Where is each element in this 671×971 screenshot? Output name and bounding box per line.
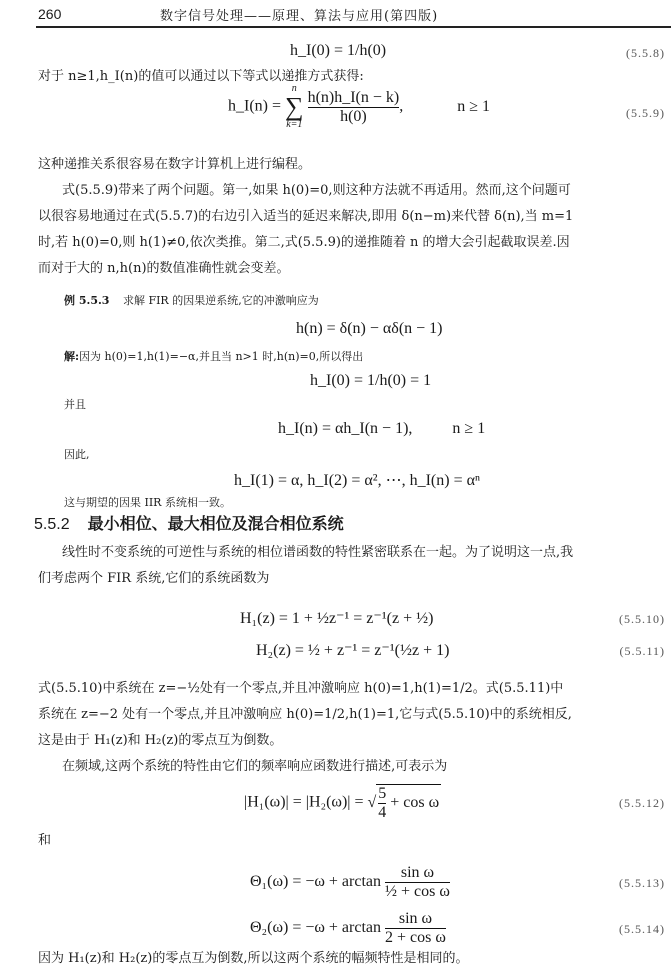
example-label: 例 5.5.3	[64, 294, 109, 307]
paragraph-line: 以很容易地通过在式(5.5.7)的右边引入适当的延迟来解决,即用 δ(n−m)来…	[38, 204, 573, 230]
fraction: h(n)h_I(n − k) h(0)	[308, 89, 400, 125]
paragraph-line: 系统在 z=−2 处有一个零点,并且冲激响应 h(0)=1/2,h(1)=1,它…	[38, 702, 572, 728]
sum-lower: k=1	[285, 120, 304, 130]
recursion: h_I(n) = αh_I(n − 1),	[278, 420, 412, 437]
square-root: √ 5 4 + cos ω	[368, 784, 442, 821]
section-number: 5.5.2	[34, 516, 70, 533]
denominator: 4	[378, 803, 386, 822]
running-title: 数字信号处理——原理、算法与应用(第四版)	[160, 5, 438, 24]
summation: n ∑ k=1	[285, 84, 304, 130]
equation-number: (5.5.13)	[619, 876, 665, 891]
equation-5-5-14: Θ₂(ω) = −ω + arctan sin ω 2 + cos ω	[250, 910, 446, 946]
radicand-rest: + cos ω	[390, 794, 439, 811]
example-equation: h_I(1) = α, h_I(2) = α², ⋯, h_I(n) = αⁿ	[234, 470, 480, 490]
paragraph-line: 式(5.5.9)带来了两个问题。第一,如果 h(0)=0,则这种方法就不再适用。…	[62, 178, 571, 204]
fraction: sin ω 2 + cos ω	[385, 910, 446, 946]
solution-text: 因为 h(0)=1,h(1)=−α,并且当 n>1 时,h(n)=0,所以得出	[79, 350, 363, 363]
example-equation: h_I(0) = 1/h(0) = 1	[310, 372, 431, 390]
numerator: 5	[378, 785, 386, 803]
equation-number: (5.5.12)	[619, 796, 665, 811]
paragraph-line: 这是由于 H₁(z)和 H₂(z)的零点互为倒数。	[38, 728, 282, 754]
equation-number: (5.5.14)	[619, 922, 665, 937]
example-equation: h_I(n) = αh_I(n − 1), n ≥ 1	[278, 420, 485, 438]
denominator: h(0)	[308, 107, 400, 126]
equation-number: (5.5.8)	[626, 46, 665, 61]
equation-5-5-8: h_I(0) = 1/h(0)	[290, 42, 386, 60]
equation-5-5-10: H₁(z) = 1 + ½z⁻¹ = z⁻¹(z + ½)	[240, 608, 433, 628]
text-therefore: 因此,	[64, 446, 90, 462]
eq-lhs: Θ₂(ω) = −ω + arctan	[250, 919, 381, 936]
eq-lhs: Θ₁(ω) = −ω + arctan	[250, 873, 381, 890]
equation-5-5-9: h_I(n) = n ∑ k=1 h(n)h_I(n − k) h(0) , n…	[228, 84, 490, 130]
paragraph: 这种递推关系很容易在数字计算机上进行编程。	[38, 152, 311, 178]
equation-number: (5.5.9)	[626, 106, 665, 121]
text-and: 和	[38, 828, 51, 854]
example-text: 求解 FIR 的因果逆系统,它的冲激响应为	[123, 294, 319, 307]
equation-5-5-12: |H₁(ω)| = |H₂(ω)| = √ 5 4 + cos ω	[244, 784, 441, 821]
equation-number: (5.5.10)	[619, 612, 665, 627]
solution-label: 解:	[64, 350, 79, 363]
denominator: 2 + cos ω	[385, 928, 446, 947]
fraction: 5 4	[378, 785, 386, 821]
fraction: sin ω ½ + cos ω	[385, 864, 450, 900]
header-rule	[36, 26, 671, 28]
section-title: 最小相位、最大相位及混合相位系统	[88, 514, 344, 533]
section-heading: 5.5.2最小相位、最大相位及混合相位系统	[34, 511, 344, 534]
condition: n ≥ 1	[457, 98, 490, 115]
eq-lhs: |H₁(ω)| = |H₂(ω)| =	[244, 793, 364, 810]
text-and: 并且	[64, 396, 86, 412]
numerator: sin ω	[385, 910, 446, 928]
paragraph-line: 们考虑两个 FIR 系统,它们的系统函数为	[38, 566, 269, 592]
equation-number: (5.5.11)	[619, 644, 665, 659]
example-heading: 例 5.5.3 求解 FIR 的因果逆系统,它的冲激响应为	[64, 292, 319, 308]
eq-lhs: h_I(n) =	[228, 98, 281, 115]
numerator: h(n)h_I(n − k)	[308, 89, 400, 107]
paragraph-line: 而对于大的 n,h(n)的数值准确性就会变差。	[38, 256, 290, 282]
example-conclusion: 这与期望的因果 IIR 系统相一致。	[64, 494, 231, 510]
equation-5-5-13: Θ₁(ω) = −ω + arctan sin ω ½ + cos ω	[250, 864, 450, 900]
solution-line: 解:因为 h(0)=1,h(1)=−α,并且当 n>1 时,h(n)=0,所以得…	[64, 348, 363, 364]
paragraph: 因为 H₁(z)和 H₂(z)的零点互为倒数,所以这两个系统的幅频特性是相同的。	[38, 946, 468, 971]
paragraph-line: 时,若 h(0)=0,则 h(1)≠0,依次类推。第二,式(5.5.9)的递推随…	[38, 230, 570, 256]
condition: n ≥ 1	[452, 420, 485, 437]
equation-5-5-11: H₂(z) = ½ + z⁻¹ = z⁻¹(½z + 1)	[256, 640, 449, 660]
example-equation: h(n) = δ(n) − αδ(n − 1)	[296, 320, 443, 338]
numerator: sin ω	[385, 864, 450, 882]
denominator: ½ + cos ω	[385, 882, 450, 901]
page-number: 260	[38, 6, 61, 22]
paragraph-line: 线性时不变系统的可逆性与系统的相位谱函数的特性紧密联系在一起。为了说明这一点,我	[62, 540, 573, 566]
paragraph-line: 式(5.5.10)中系统在 z=−½处有一个零点,并且冲激响应 h(0)=1,h…	[38, 676, 563, 702]
paragraph: 在频域,这两个系统的特性由它们的频率响应函数进行描述,可表示为	[62, 754, 447, 780]
